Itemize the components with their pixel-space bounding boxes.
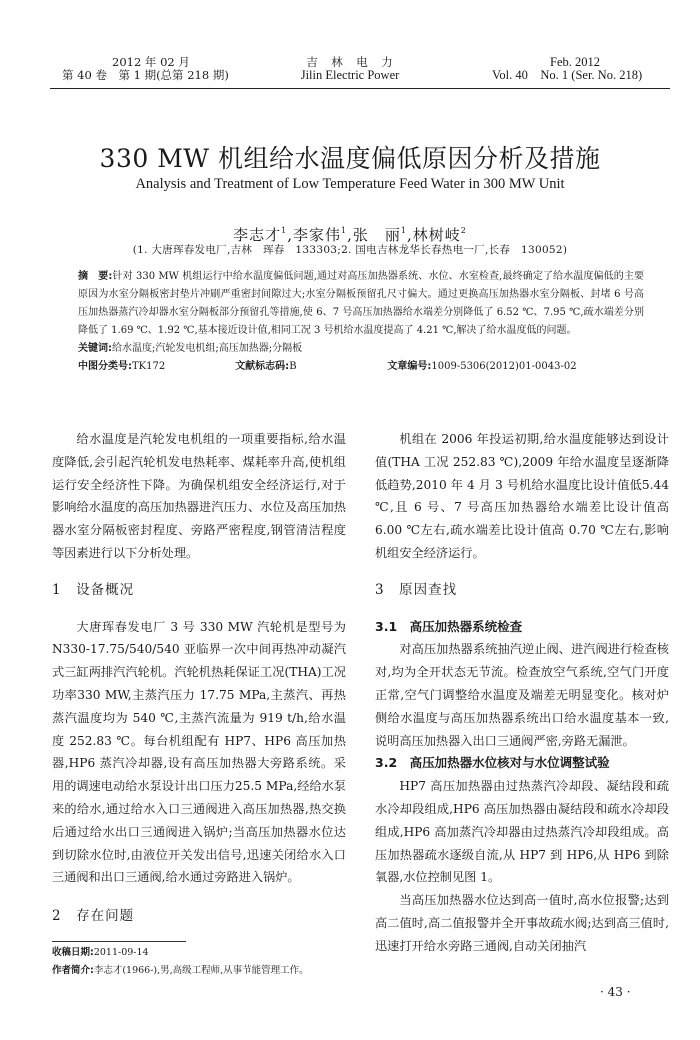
- abstract-text: 针对 330 MW 机组运行中给水温度偏低问题,通过对高压加热器系统、水位、水室…: [78, 271, 644, 336]
- intro-paragraph: 给水温度是汽轮发电机组的一项重要指标,给水温度降低,会引起汽轮机发电热耗率、煤耗…: [52, 428, 346, 565]
- author-name: 李志才: [233, 226, 281, 244]
- left-column: 给水温度是汽轮发电机组的一项重要指标,给水温度降低,会引起汽轮机发电热耗率、煤耗…: [52, 428, 346, 928]
- paper-subtitle: Analysis and Treatment of Low Temperatur…: [0, 175, 700, 193]
- section-3-2-heading: 3.2 高压加热器水位核对与水位调整试验: [375, 752, 669, 775]
- bio-label: 作者简介:: [52, 965, 94, 976]
- doc-code-label: 文献标志码:: [235, 361, 289, 372]
- classification-line: 中图分类号:TK172 文献标志码:B 文章编号:1009-5306(2012)…: [78, 358, 644, 376]
- author-list: 李志才1,李家伟1,张 丽1,林树岐2: [0, 222, 700, 244]
- received-date: 收稿日期:2011-09-14: [52, 944, 149, 962]
- abstract-label: 摘 要:: [78, 271, 112, 282]
- keywords-text: 给水温度;汽轮发电机组;高压加热器;分隔板: [112, 343, 302, 354]
- author-affiliation-mark: 1: [341, 226, 347, 235]
- section-3-1-paragraph: 对高压加热器系统抽汽逆止阀、进汽阀进行检查核对,均为全开状态无节流。检查放空气系…: [375, 638, 669, 752]
- author-affiliation-mark: 1: [401, 226, 407, 235]
- abstract-block: 摘 要:针对 330 MW 机组运行中给水温度偏低问题,通过对高压加热器系统、水…: [78, 268, 644, 376]
- paper-title: 330 MW 机组给水温度偏低原因分析及措施: [0, 144, 700, 174]
- article-no-label: 文章编号:: [387, 361, 431, 372]
- article-no-value: 1009-5306(2012)01-0043-02: [431, 361, 576, 372]
- affiliations: (1. 大唐珲春发电厂,吉林 珲春 133303;2. 国电吉林龙华长春热电一厂…: [0, 244, 700, 257]
- author-name: 张 丽: [353, 226, 401, 244]
- right-column: 机组在 2006 年投运初期,给水温度能够达到设计值(THA 工况 252.83…: [375, 428, 669, 958]
- author-name: 李家伟: [293, 226, 341, 244]
- section-3-2-paragraph-1: HP7 高压加热器由过热蒸汽冷却段、凝结段和疏水冷却段组成,HP6 高压加热器由…: [375, 775, 669, 889]
- header-volume-en: Vol. 40 No. 1 (Ser. No. 218): [492, 69, 642, 82]
- footnote-rule: [52, 941, 186, 942]
- received-label: 收稿日期:: [52, 947, 94, 958]
- clc-label: 中图分类号:: [78, 361, 132, 372]
- doc-code-value: B: [289, 358, 384, 376]
- section-2-heading: 2 存在问题: [52, 905, 346, 928]
- header-journal-en: Jilin Electric Power: [260, 69, 440, 82]
- section-3-1-heading: 3.1 高压加热器系统检查: [375, 616, 669, 639]
- header-rule: [50, 88, 670, 89]
- abstract: 摘 要:针对 330 MW 机组运行中给水温度偏低问题,通过对高压加热器系统、水…: [78, 268, 644, 340]
- section-1-heading: 1 设备概况: [52, 579, 346, 602]
- intro-paragraph-continued: 机组在 2006 年投运初期,给水温度能够达到设计值(THA 工况 252.83…: [375, 428, 669, 565]
- section-1-paragraph: 大唐珲春发电厂 3 号 330 MW 汽轮机是型号为 N330-17.75/54…: [52, 616, 346, 890]
- clc-value: TK172: [132, 358, 232, 376]
- author-affiliation-mark: 1: [281, 226, 287, 235]
- keywords: 关键词:给水温度;汽轮发电机组;高压加热器;分隔板: [78, 340, 644, 358]
- author-name: 林树岐: [413, 226, 461, 244]
- section-3-heading: 3 原因查找: [375, 579, 669, 602]
- author-affiliation-mark: 2: [461, 226, 467, 235]
- received-value: 2011-09-14: [94, 947, 149, 958]
- bio-text: 李志才(1966-),男,高级工程师,从事节能管理工作。: [94, 965, 309, 976]
- page-number: · 43 ·: [600, 985, 631, 999]
- section-3-2-paragraph-2: 当高压加热器水位达到高一值时,高水位报警;达到高二值时,高二值报警并全开事故疏水…: [375, 889, 669, 957]
- header-volume-cn: 第 40 卷 第 1 期(总第 218 期): [62, 69, 229, 82]
- author-bio: 作者简介:李志才(1966-),男,高级工程师,从事节能管理工作。: [52, 962, 309, 980]
- keywords-label: 关键词:: [78, 343, 112, 354]
